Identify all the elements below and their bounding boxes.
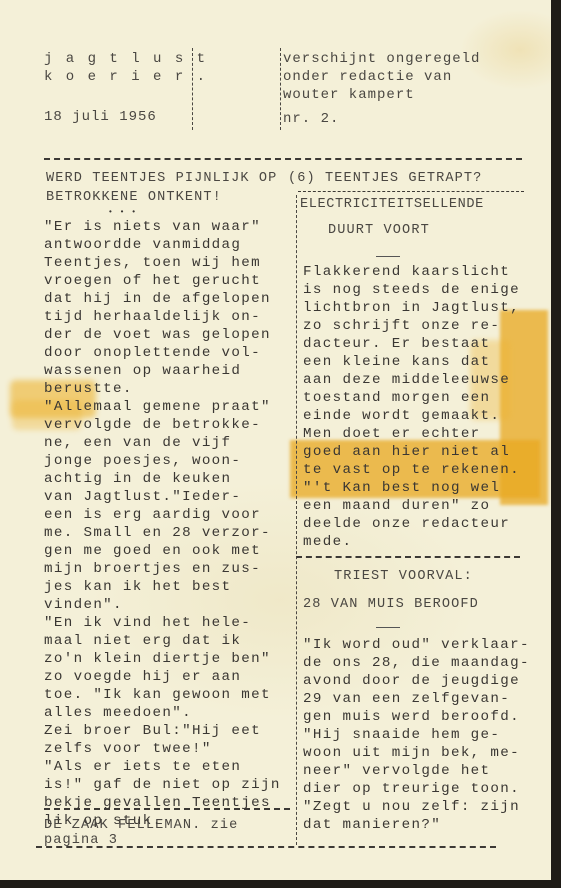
left-line: is!" gaf de niet op zijn (44, 776, 281, 794)
right-line: gen muis werd beroofd. (303, 708, 520, 726)
right-line: "Zegt u nou zelf: zijn (303, 798, 520, 816)
right-line: aan deze middeleeuwse (303, 371, 510, 389)
right-line: toestand morgen een (303, 389, 490, 407)
right-line: een kleine kans dat (303, 353, 490, 371)
right-line: Men doet er echter (303, 425, 481, 443)
left-line: ne, een van de vijf (44, 434, 231, 452)
right-line: is nog steeds de enige (303, 281, 520, 299)
left-line: antwoordde vanmiddag (44, 236, 241, 254)
left-line: maal niet erg dat ik (44, 632, 241, 650)
right-section-rule (296, 556, 520, 558)
right-line: avond door de jeugdige (303, 672, 520, 690)
right-line: de ons 28, die maandag- (303, 654, 530, 672)
right-line: "'t Kan best nog wel (303, 479, 500, 497)
right-line: goed aan hier niet al (303, 443, 510, 461)
masthead-title-line1: j a g t l u s t (44, 50, 208, 68)
left-line: wassenen op waarheid (44, 362, 241, 380)
right-line: "Ik word oud" verklaar- (303, 636, 530, 654)
right-line: zo schrijft onze re- (303, 317, 500, 335)
electricity-headline-2: DUURT VOORT (328, 222, 430, 240)
masthead-date: 18 juli 1956 (44, 108, 157, 126)
masthead-divider-right (280, 48, 281, 130)
right-line: dacteur. Er bestaat (303, 335, 490, 353)
left-line: der de voet was gelopen (44, 326, 271, 344)
left-line: alles meedoen". (44, 704, 192, 722)
masthead-info-line1: verschijnt ongeregeld (283, 50, 480, 68)
right-line: deelde onze redacteur (303, 515, 510, 533)
right-line: 29 van een zelfgevan- (303, 690, 510, 708)
left-line: berustte. (44, 380, 133, 398)
left-line: tijd herhaaldelijk on- (44, 308, 261, 326)
main-headline-left: WERD TEENTJES PIJNLIJK OP (46, 170, 277, 188)
right-line: lichtbron in Jagtlust, (303, 299, 520, 317)
left-line: jes kan ik het best (44, 578, 231, 596)
right-line: einde wordt gemaakt. (303, 407, 500, 425)
left-line: mijn broertjes en zus- (44, 560, 261, 578)
left-line: zo'n klein diertje ben" (44, 650, 271, 668)
left-line: Teentjes, toen wij hem (44, 254, 261, 272)
left-line: vervolgde de betrokke- (44, 416, 261, 434)
left-line: toe. "Ik kan gewoon met (44, 686, 271, 704)
right-line: een maand duren" zo (303, 497, 490, 515)
issue-number: nr. 2. (283, 110, 339, 128)
top-rule (44, 158, 522, 160)
right-line: neer" vervolgde het (303, 762, 490, 780)
electricity-headline-1: ELECTRICITEITSELLENDE (300, 196, 484, 214)
bottom-rule (36, 846, 496, 848)
left-line: van Jagtlust."Ieder- (44, 488, 241, 506)
left-line: "En ik vind het hele- (44, 614, 251, 632)
main-headline-right: (6) TEENTJES GETRAPT? (288, 170, 482, 188)
left-line: zelfs voor twee!" (44, 740, 212, 758)
right-line: dat manieren?" (303, 816, 441, 834)
left-line: vinden". (44, 596, 123, 614)
left-line: me. Small en 28 verzor- (44, 524, 271, 542)
left-line: een is erg aardig voor (44, 506, 261, 524)
left-line: "Er is niets van waar" (44, 218, 261, 236)
masthead-divider-left (192, 48, 193, 130)
left-line: achtig in de keuken (44, 470, 231, 488)
headline-underline (376, 627, 400, 628)
left-line: vroegen of het gerucht (44, 272, 261, 290)
masthead-title-line2: k o e r i e r . (44, 68, 208, 86)
left-line: "Als er iets te eten (44, 758, 241, 776)
right-line: te vast op te rekenen. (303, 461, 520, 479)
masthead-info-line3: wouter kampert (283, 86, 415, 104)
left-line: door onoplettende vol- (44, 344, 261, 362)
right-line: Flakkerend kaarslicht (303, 263, 510, 281)
column-divider (296, 195, 297, 845)
left-line: jonge poesjes, woon- (44, 452, 241, 470)
left-line: gen me goed en ook met (44, 542, 261, 560)
left-line: Zei broer Bul:"Hij eet (44, 722, 261, 740)
left-line: dat hij in de afgelopen (44, 290, 271, 308)
left-line: "Allemaal gemene praat" (44, 398, 271, 416)
right-line: woon uit mijn bek, me- (303, 744, 520, 762)
left-footer-rule (44, 808, 290, 810)
right-line: dier op treurige toon. (303, 780, 520, 798)
mouse-headline-1: TRIEST VOORVAL: (334, 568, 473, 586)
right-headline-rule (298, 191, 524, 192)
right-line: "Hij snaaide hem ge- (303, 726, 500, 744)
headline-underline (376, 256, 400, 257)
right-line: mede. (303, 533, 352, 551)
newsletter-page: j a g t l u s t k o e r i e r . 18 juli … (0, 0, 551, 880)
masthead-info-line2: onder redactie van (283, 68, 452, 86)
left-line: zo voegde hij er aan (44, 668, 241, 686)
mouse-headline-2: 28 VAN MUIS BEROOFD (303, 596, 479, 614)
